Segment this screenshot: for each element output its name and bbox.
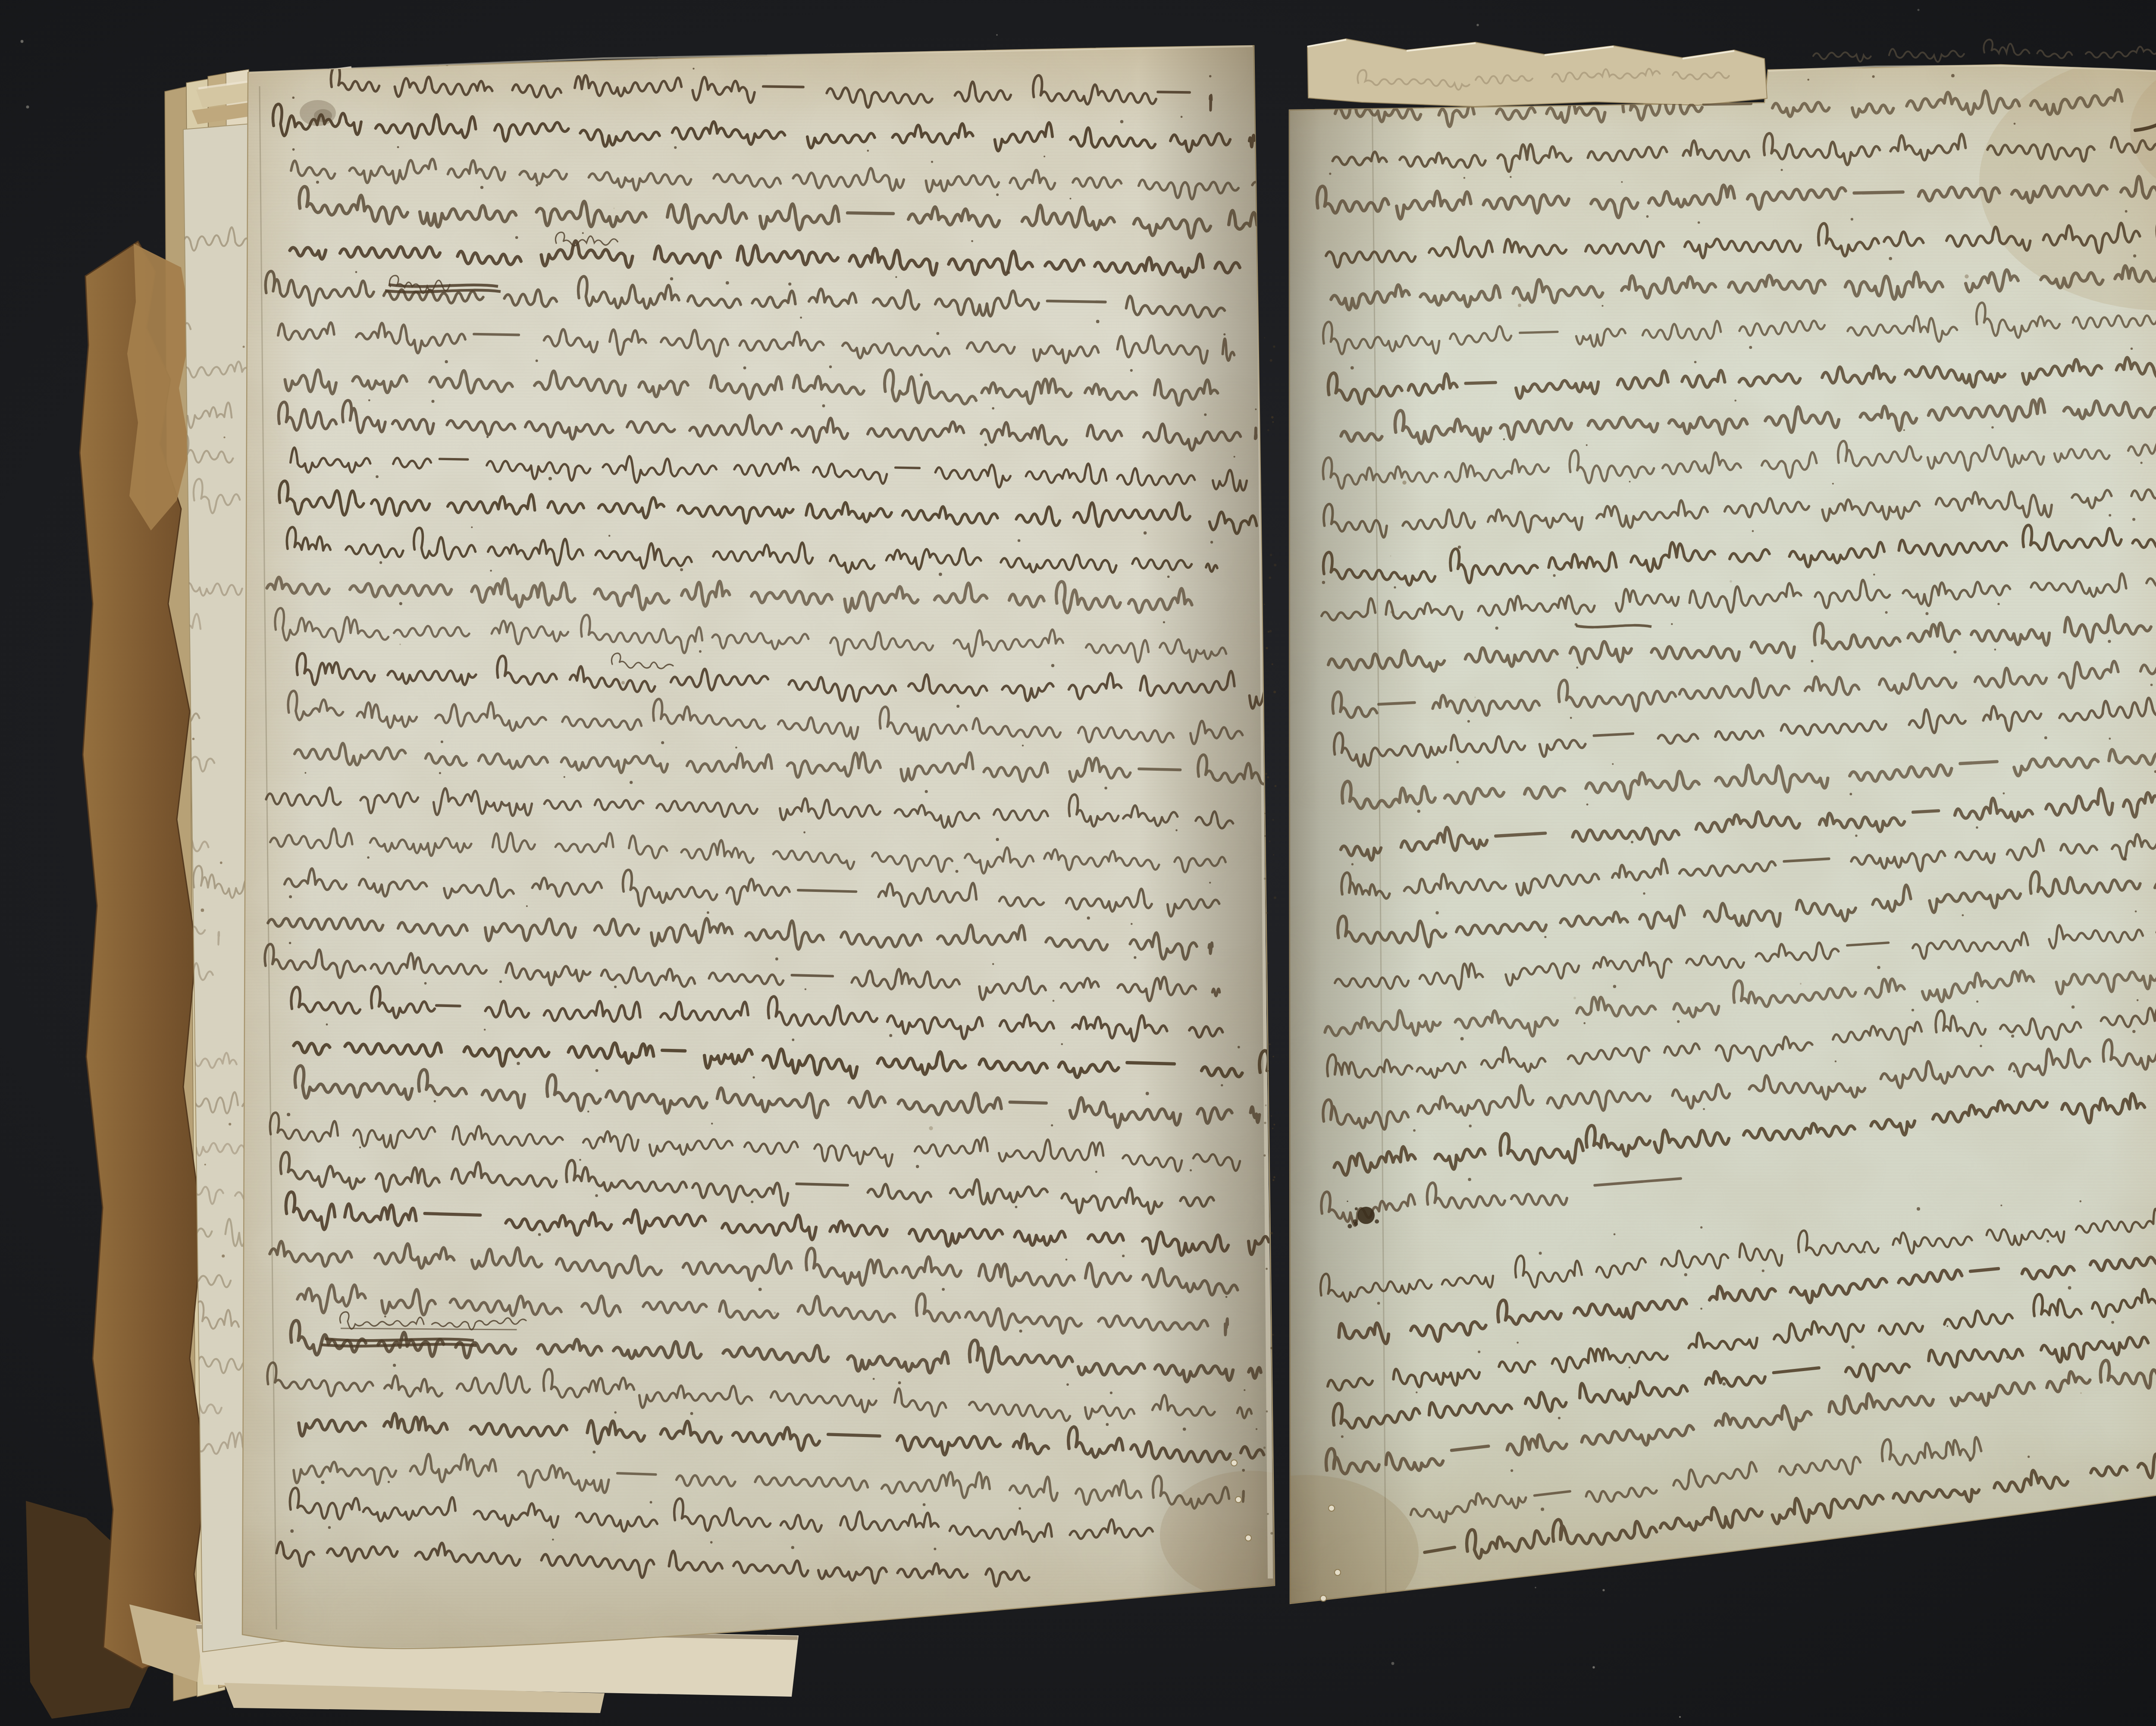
ink-dot (1329, 173, 1331, 175)
ink-dot (355, 271, 357, 273)
ink-dot (1541, 1508, 1544, 1511)
ink-dot (1463, 177, 1465, 179)
paper-freckle (621, 681, 625, 684)
paper-freckle (2091, 273, 2093, 274)
ink-dot (1576, 667, 1578, 669)
gutter-speck (1264, 878, 1266, 880)
ink-dot (1416, 1391, 1417, 1393)
left-page (233, 35, 1341, 1665)
ink-dot (1889, 257, 1892, 260)
ink-dot (710, 1541, 713, 1544)
paper-freckle (399, 643, 401, 645)
ink-dot (1234, 456, 1235, 458)
ink-dot (1544, 936, 1546, 938)
gutter-speck (1270, 359, 1272, 362)
ink-dot (1852, 1346, 1855, 1349)
gutter-speck (1274, 564, 1276, 566)
ink-dot (1946, 1325, 1948, 1327)
ink-dot (1877, 966, 1880, 969)
ink-dot (2131, 348, 2133, 350)
ink-dot (1997, 603, 1999, 605)
paper-freckle (1518, 304, 1521, 307)
paper-freckle (929, 1126, 933, 1130)
ink-dot (368, 399, 370, 402)
ink-dot (490, 570, 492, 572)
ink-dot (1734, 400, 1736, 402)
ink-dot (753, 1076, 755, 1079)
ink-dot (661, 741, 664, 744)
ink-dot (222, 1255, 225, 1258)
ink-dot (889, 1034, 892, 1037)
dust-speck (1602, 1589, 1604, 1591)
ink-dot (693, 68, 694, 69)
dust-speck (1679, 1716, 1681, 1718)
ink-dot (552, 1538, 554, 1541)
gutter-speck (1266, 912, 1268, 914)
ink-dot (1238, 1046, 1240, 1048)
ink-dot (630, 781, 633, 784)
ink-dot (1478, 1350, 1480, 1353)
paper-freckle (1474, 697, 1476, 698)
ink-dot (1044, 156, 1045, 157)
gutter-speck (1270, 1532, 1273, 1535)
ink-dot (424, 982, 427, 985)
ink-dot (538, 1233, 541, 1236)
gutter-speck (1267, 1513, 1269, 1515)
ink-dot (707, 911, 709, 914)
gutter-speck (1266, 647, 1268, 649)
ink-dot (1190, 1169, 1192, 1171)
ink-dot (788, 282, 791, 286)
ink-dot (2111, 1321, 2114, 1324)
gutter-speck (1264, 1122, 1266, 1124)
ink-dot (956, 870, 959, 873)
ink-dot (1183, 1428, 1186, 1431)
ink-dot (1122, 1255, 1125, 1257)
gutter-speck (1272, 663, 1273, 665)
worm-hole (1320, 1595, 1326, 1601)
ink-dot (1832, 483, 1834, 484)
ink-dot (1835, 1061, 1836, 1062)
ink-dot (290, 1529, 294, 1533)
ink-dot (1563, 1370, 1566, 1372)
ink-dot (1925, 612, 1928, 615)
ink-dot (670, 277, 673, 280)
ink-dot (1510, 176, 1511, 178)
ink-dot (751, 1201, 753, 1203)
ink-dot (1322, 581, 1325, 584)
gutter-speck (1271, 416, 1274, 419)
ink-dot (775, 957, 778, 960)
ink-dot (536, 184, 538, 187)
ink-dot (526, 905, 528, 907)
gutter-speck (1272, 1127, 1274, 1129)
dust-speck (1476, 24, 1479, 26)
ink-dot (822, 405, 825, 408)
ink-dot (1991, 426, 1994, 429)
ink-dot (321, 1481, 325, 1484)
ink-dot (2000, 1205, 2002, 1206)
gutter-speck (1273, 1124, 1275, 1126)
gutter-speck (1269, 630, 1272, 633)
ink-dot (595, 1194, 598, 1197)
ink-dot (223, 436, 225, 438)
archival-photo-stage: 162. (0, 0, 2156, 1726)
ink-dot (743, 367, 746, 370)
ink-dot (1646, 215, 1649, 218)
gutter-speck (1275, 785, 1277, 787)
right-page: 162. (1194, 39, 2156, 1630)
archival-book-photo: 162. (0, 0, 2156, 1726)
dust-speck (26, 106, 29, 109)
ink-dot (942, 1288, 945, 1291)
gutter-speck (1272, 819, 1274, 821)
ink-dot (898, 1381, 901, 1384)
ink-dot (289, 942, 291, 944)
ink-dot (2003, 792, 2005, 794)
gutter-speck (1273, 345, 1275, 348)
ink-dot (1341, 1435, 1344, 1438)
ink-dot (2132, 1030, 2135, 1033)
paper-freckle (1866, 590, 1868, 591)
ink-dot (650, 1501, 652, 1503)
ink-dot (484, 1029, 486, 1030)
gutter-speck (1274, 897, 1276, 899)
ink-dot (1723, 1382, 1726, 1386)
ink-dot (1643, 892, 1645, 894)
ink-dot (614, 1411, 617, 1413)
ink-dot (2108, 640, 2111, 643)
worm-hole (1335, 1569, 1341, 1575)
ink-dot (992, 407, 994, 410)
ink-dot (992, 963, 994, 965)
ink-dot (1460, 1037, 1464, 1041)
ink-dot (895, 276, 897, 278)
ink-dot (829, 365, 832, 368)
paper-freckle (1562, 1106, 1563, 1107)
gutter-speck (1266, 1410, 1268, 1412)
ink-dot (1951, 74, 1955, 78)
paper-freckle (1390, 555, 1391, 556)
worm-hole (1231, 1460, 1237, 1466)
ink-dot (582, 232, 584, 234)
ink-dot (1962, 914, 1964, 916)
ink-dot (1510, 1469, 1513, 1472)
ink-dot (1061, 1043, 1063, 1045)
ink-dot (1018, 1507, 1021, 1510)
ink-dot (1167, 575, 1170, 578)
gutter-speck (1270, 1232, 1273, 1234)
ink-dot (931, 161, 933, 163)
ink-dot (711, 1123, 713, 1124)
ink-dot (1120, 120, 1124, 123)
gutter-speck (1268, 631, 1270, 633)
ink-dot (1242, 1469, 1245, 1472)
ink-dot (1053, 1000, 1055, 1002)
dust-speck (1592, 1666, 1595, 1668)
ink-dot (1762, 1269, 1764, 1272)
gutter-speck (1273, 690, 1276, 693)
ink-dot (1221, 1084, 1223, 1086)
ink-dot (1694, 361, 1697, 364)
ink-dot (1204, 413, 1206, 416)
ink-dot (536, 360, 538, 362)
gutter-speck (1272, 1179, 1274, 1181)
ink-dot (379, 561, 382, 564)
ink-dot (690, 1412, 693, 1415)
ink-dot (1631, 841, 1633, 844)
ink-dot (2135, 910, 2137, 913)
ink-dot (1700, 1308, 1702, 1310)
ink-dot (229, 1123, 231, 1125)
ink-dot (800, 317, 802, 319)
paper-freckle (984, 521, 985, 523)
ink-dot (1700, 1226, 1702, 1228)
ink-dot (2068, 1286, 2071, 1290)
gutter-speck (1270, 554, 1272, 556)
ink-dot (204, 1164, 206, 1165)
ink-dot (1065, 1258, 1068, 1261)
gutter-speck (1264, 604, 1265, 605)
paper-freckle (1391, 611, 1394, 614)
ink-dot (867, 150, 869, 152)
ink-dot (2046, 1240, 2049, 1243)
ink-dot (1110, 1391, 1112, 1394)
ink-blot (1357, 1207, 1375, 1224)
ink-dot (579, 1159, 581, 1161)
ink-dot (1969, 1459, 1972, 1462)
paper-freckle (2083, 626, 2086, 629)
ink-dot (434, 1100, 436, 1102)
ink-dot (1698, 221, 1700, 224)
gutter-speck (1264, 337, 1265, 339)
gutter-speck (1265, 773, 1267, 775)
ink-dot (805, 988, 806, 990)
ink-dot (1503, 438, 1505, 440)
ink-dot (388, 1481, 390, 1483)
ink-dot (2006, 1356, 2009, 1359)
ink-dot (1629, 481, 1631, 483)
ink-dot (1413, 1129, 1416, 1132)
ink-dot (1015, 1206, 1018, 1208)
ink-dot (471, 527, 473, 528)
ink-dot (1134, 956, 1136, 959)
ink-dot (792, 1039, 794, 1041)
dust-speck (1391, 1662, 1395, 1665)
ink-dot (486, 436, 489, 438)
ink-dot (803, 832, 805, 834)
paper-freckle (613, 207, 614, 209)
ink-dot (1570, 717, 1572, 719)
gutter-speck (1267, 963, 1269, 964)
ink-dot (1517, 1342, 1519, 1344)
ink-dot (1703, 1108, 1705, 1110)
gutter-speck (1263, 1447, 1266, 1449)
ink-dot (726, 281, 729, 285)
ink-dot (1467, 720, 1470, 723)
ink-dot (1435, 911, 1438, 914)
ink-dot (515, 236, 518, 239)
gutter-speck (1264, 835, 1266, 837)
ink-dot (996, 838, 999, 841)
ink-dot (1994, 649, 1996, 651)
ink-dot (1539, 1252, 1542, 1255)
ink-dot (316, 181, 319, 184)
ink-dot (1586, 803, 1589, 806)
gutter-speck (1268, 1070, 1269, 1072)
ink-dot (1495, 627, 1498, 630)
ink-dot (287, 1113, 290, 1116)
dust-speck (1918, 9, 1920, 11)
ink-dot (1629, 1366, 1630, 1368)
ink-dot (517, 1062, 520, 1065)
ink-dot (1209, 882, 1211, 883)
worm-hole (1245, 1535, 1251, 1541)
ink-dot (376, 475, 379, 478)
ink-dot (399, 602, 402, 605)
ink-dot (326, 1023, 328, 1026)
ink-dot (393, 1364, 396, 1367)
ink-dot (1855, 835, 1857, 837)
ink-dot (1795, 1469, 1797, 1470)
ink-dot (920, 373, 923, 377)
ink-dot (499, 980, 502, 983)
ink-dot (1087, 916, 1090, 919)
ink-dot (1976, 826, 1978, 828)
ink-dot (2014, 122, 2016, 125)
gutter-speck (1272, 1334, 1274, 1336)
ink-dot (564, 776, 565, 778)
gutter-speck (1273, 1176, 1275, 1178)
paper-freckle (774, 1312, 776, 1314)
gutter-speck (1269, 841, 1271, 842)
gutter-speck (1272, 1056, 1274, 1057)
ink-dot (996, 194, 999, 196)
ink-dot (925, 790, 928, 793)
ink-dot (674, 146, 677, 149)
ink-dot (480, 186, 483, 189)
ink-dot (1953, 650, 1956, 653)
ink-dot (2125, 210, 2128, 213)
ink-dot (592, 1450, 595, 1453)
ink-dot (936, 332, 939, 335)
ink-dot (1912, 1009, 1914, 1011)
ink-dot (1070, 198, 1072, 199)
ink-dot (2124, 857, 2127, 860)
ink-dot (1146, 1092, 1149, 1095)
ink-dot (304, 772, 306, 774)
ink-dot (1210, 541, 1213, 543)
paper-freckle (2080, 1392, 2082, 1394)
ink-dot (1976, 1001, 1978, 1003)
ink-dot (1873, 574, 1875, 576)
ink-dot (289, 895, 292, 898)
ink-dot (1553, 574, 1556, 577)
ink-dot (614, 985, 617, 988)
ink-dot (2071, 1005, 2075, 1008)
ink-dot (192, 738, 194, 740)
ink-dot (2044, 736, 2047, 739)
ink-dot (1903, 429, 1905, 431)
ink-dot (1749, 346, 1752, 349)
gutter-speck (1271, 1115, 1272, 1117)
ink-dot (1066, 1383, 1069, 1386)
ink-dot (2133, 254, 2136, 257)
ink-dot (791, 1546, 794, 1549)
ink-dot (1980, 1045, 1982, 1047)
ink-dot (680, 568, 683, 571)
ink-dot (699, 650, 702, 653)
ink-dot (201, 909, 204, 912)
ink-dot (1612, 763, 1614, 765)
ink-dot (1811, 660, 1814, 662)
ink-dot (1095, 1171, 1097, 1173)
ink-dot (1781, 169, 1783, 171)
ink-dot (367, 857, 369, 859)
ink-dot (1131, 923, 1132, 925)
ink-dot (1255, 408, 1257, 410)
ink-dot (445, 360, 448, 363)
ink-dot (1351, 366, 1354, 370)
ink-dot (1106, 1423, 1109, 1426)
gutter-speck (1265, 1105, 1267, 1106)
ink-dot (758, 1288, 762, 1291)
ink-dot (608, 535, 610, 537)
ink-dot (1244, 1389, 1245, 1391)
paper-freckle (1402, 480, 1406, 484)
ink-dot (243, 346, 245, 348)
ink-dot (439, 772, 441, 774)
ink-dot (1051, 664, 1054, 667)
ink-dot (934, 1548, 936, 1550)
ink-dot (2140, 462, 2143, 464)
ink-dot (548, 477, 552, 480)
paper-freckle (1730, 580, 1732, 583)
ink-dot (1621, 181, 1623, 183)
gutter-speck (1266, 1268, 1268, 1270)
ink-dot (1417, 810, 1420, 813)
ink-dot (397, 146, 399, 148)
ink-dot (1018, 539, 1020, 542)
ink-dot (1209, 75, 1211, 77)
ink-dot (1351, 863, 1354, 865)
ink-dot (873, 1378, 875, 1380)
ink-dot (1872, 75, 1875, 78)
ink-dot (1558, 1417, 1561, 1419)
paper-freckle (1965, 274, 1968, 278)
ink-dot (1458, 546, 1461, 549)
ink-dot (384, 1315, 386, 1318)
ink-dot (328, 1526, 331, 1529)
ink-dot (1613, 985, 1616, 988)
ink-dot (1007, 271, 1010, 274)
ink-dot (2080, 1200, 2082, 1202)
ink-dot (939, 573, 942, 576)
ink-dot (359, 1146, 361, 1148)
ink-dot (432, 400, 435, 403)
ink-dot (441, 741, 443, 743)
ink-dot (1684, 1273, 1687, 1276)
ink-dot (2011, 1035, 2014, 1038)
ink-dot (1256, 1428, 1257, 1430)
gutter-speck (1264, 813, 1266, 814)
ink-dot (2150, 684, 2153, 686)
ink-dot (735, 747, 737, 749)
ink-dot (1104, 787, 1107, 789)
ink-dot (1917, 1207, 1920, 1211)
ink-dot (292, 148, 295, 151)
ink-dot (1469, 1125, 1472, 1127)
